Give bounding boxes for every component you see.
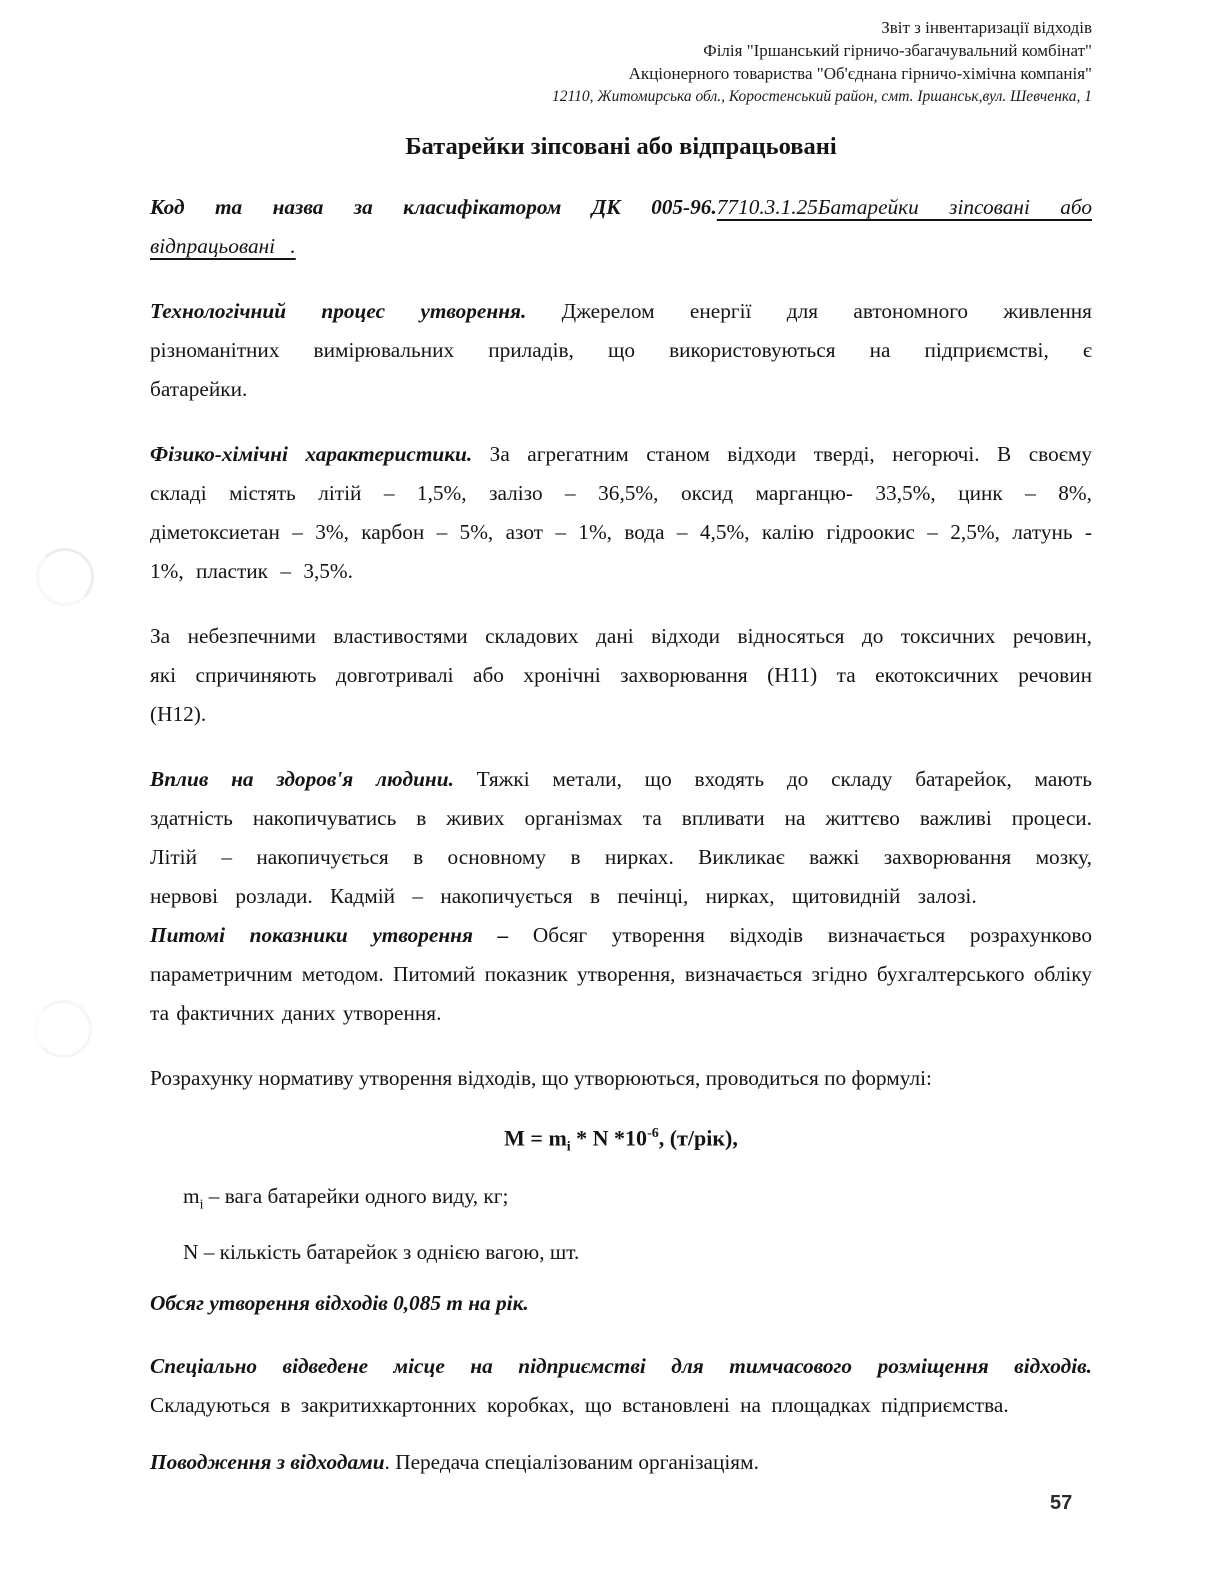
letterhead: Звіт з інвентаризації відходів Філія "Ір…	[150, 16, 1092, 108]
paragraph-physico-chemical: Фізико-хімічні характеристики. За агрега…	[150, 435, 1092, 591]
definition-mi-text: – вага батарейки одного виду, кг;	[203, 1184, 508, 1208]
scan-punch-hole-artifact	[36, 548, 94, 606]
paragraph-hazard-properties: За небезпечними властивостями складових …	[150, 617, 1092, 734]
letterhead-company-name: Акціонерного товариства "Об'єднана гірни…	[150, 62, 1092, 85]
specific-indicators-lead: Питомі показники утворення –	[150, 923, 508, 947]
paragraph-calculation-intro: Розрахунку нормативу утворення відходів,…	[150, 1059, 1092, 1098]
storage-place-lead: Спеціально відведене місце на підприємст…	[150, 1354, 1092, 1378]
letterhead-report-title: Звіт з інвентаризації відходів	[150, 16, 1092, 39]
storage-place-text: Складуються в закритихкартонних коробках…	[150, 1393, 1009, 1417]
waste-handling-lead: Поводження з відходами	[150, 1450, 385, 1474]
definition-mi-symbol: m	[183, 1184, 200, 1208]
hazard-properties-text: За небезпечними властивостями складових …	[150, 624, 1092, 726]
paragraph-specific-indicators: Питомі показники утворення – Обсяг утвор…	[150, 916, 1092, 1033]
waste-handling-text: . Передача спеціалізованим організаціям.	[385, 1450, 759, 1474]
definition-n-text: N – кількість батарейок з однією вагою, …	[183, 1240, 579, 1264]
calculation-intro-text: Розрахунку нормативу утворення відходів,…	[150, 1066, 932, 1090]
waste-code-lead: Код та назва за класифікатором ДК 005-96…	[150, 195, 717, 219]
paragraph-waste-code: Код та назва за класифікатором ДК 005-96…	[150, 188, 1092, 266]
formula: М = mi * N *10-6, (т/рік),	[150, 1114, 1092, 1168]
letterhead-branch-name: Філія "Іршанський гірничо-збагачувальний…	[150, 39, 1092, 62]
physico-chemical-lead: Фізико-хімічні характеристики.	[150, 442, 472, 466]
letterhead-address: 12110, Житомирська обл., Коростенський р…	[150, 85, 1092, 108]
document-page: Звіт з інвентаризації відходів Філія "Ір…	[0, 0, 1219, 1574]
paragraph-annual-volume: Обсяг утворення відходів 0,085 т на рік.	[150, 1284, 1092, 1323]
page-title: Батарейки зіпсовані або відпрацьовані	[150, 130, 1092, 164]
paragraph-waste-handling: Поводження з відходами. Передача спеціал…	[150, 1443, 1092, 1482]
definition-mi: mi – вага батарейки одного виду, кг;	[150, 1177, 1092, 1224]
formula-exponent: -6	[647, 1126, 659, 1141]
paragraph-technological-process: Технологічний процес утворення. Джерелом…	[150, 292, 1092, 409]
formula-units: , (т/рік),	[659, 1125, 738, 1150]
formula-mid: * N *10	[571, 1125, 647, 1150]
definition-n: N – кількість батарейок з однією вагою, …	[150, 1233, 1092, 1272]
scan-punch-hole-artifact	[34, 1000, 92, 1058]
health-impact-lead: Вплив на здоров'я людини.	[150, 767, 454, 791]
paragraph-storage-place: Спеціально відведене місце на підприємст…	[150, 1347, 1092, 1425]
technological-process-lead: Технологічний процес утворення.	[150, 299, 526, 323]
page-number: 57	[1050, 1492, 1072, 1515]
paragraph-health-impact: Вплив на здоров'я людини. Тяжкі метали, …	[150, 760, 1092, 916]
formula-lhs: М = m	[504, 1125, 567, 1150]
document-content: Звіт з інвентаризації відходів Філія "Ір…	[150, 16, 1092, 1482]
